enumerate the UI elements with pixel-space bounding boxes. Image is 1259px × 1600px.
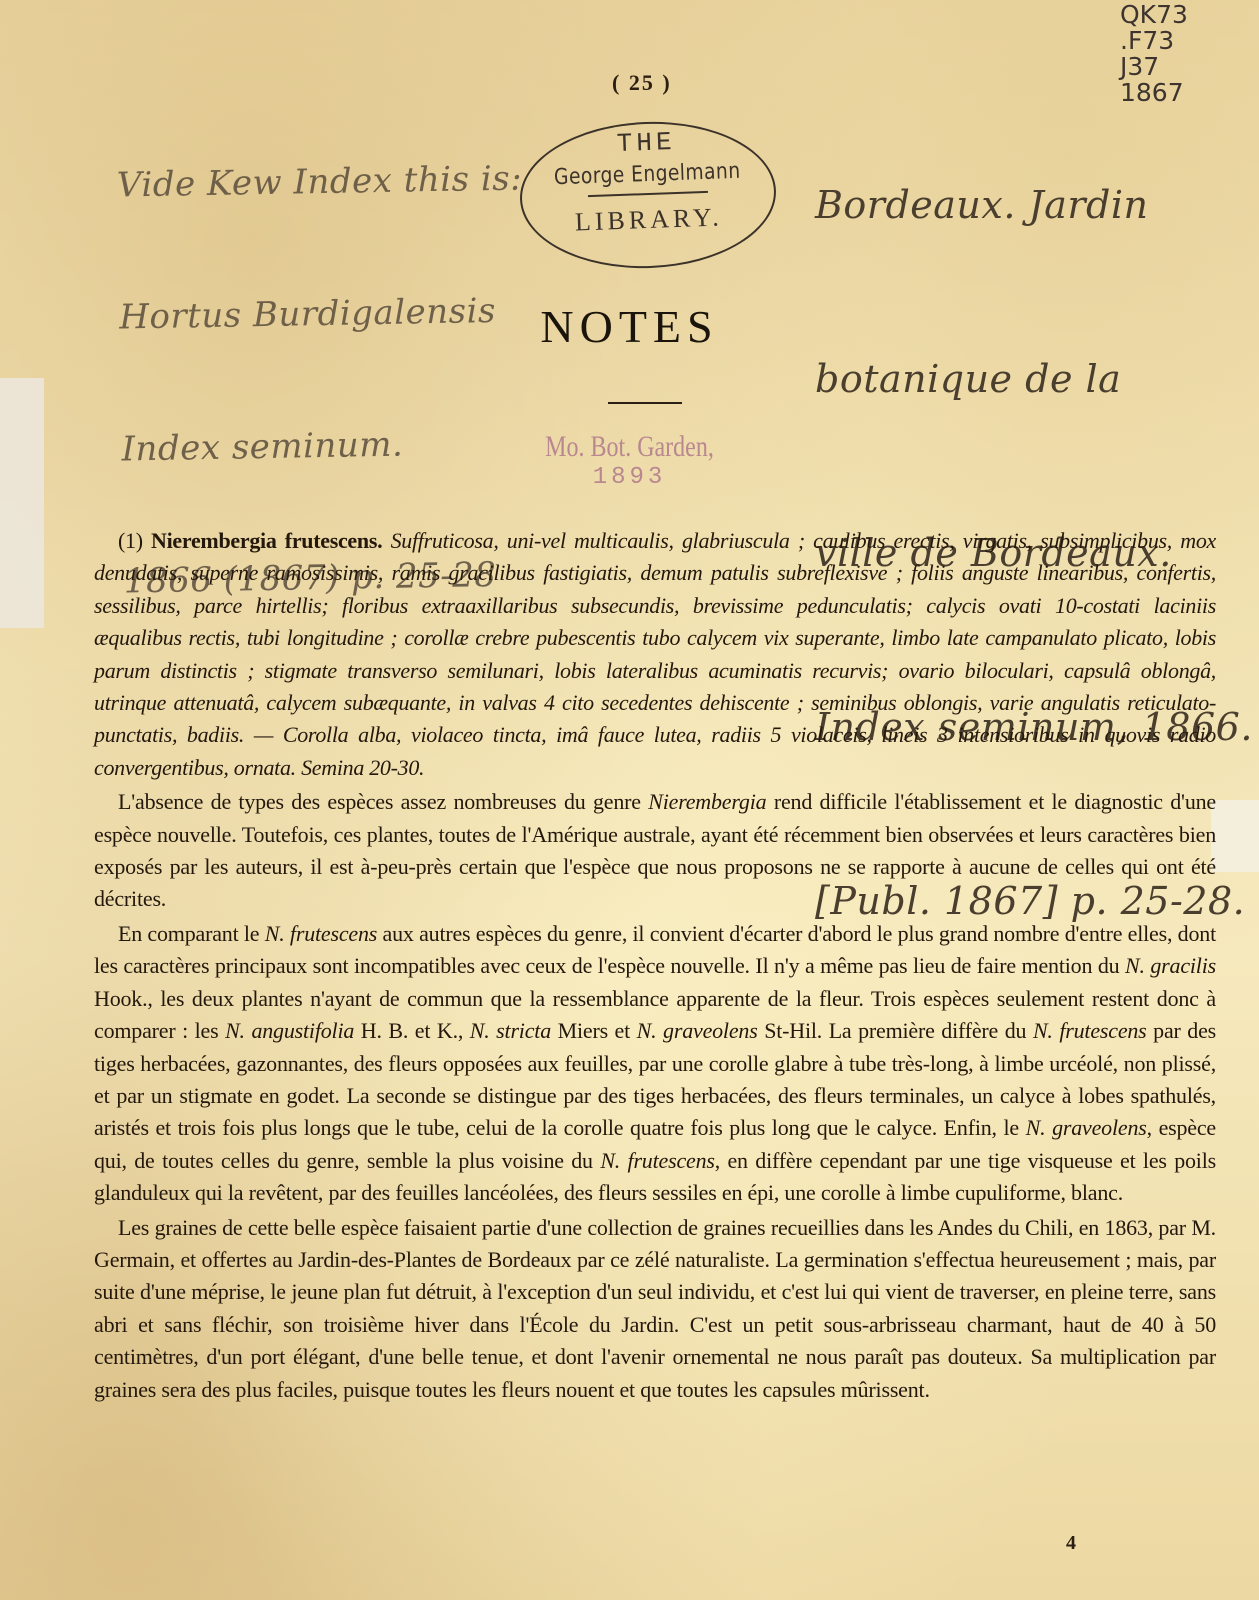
paragraph-text: L'absence de types des espèces assez nom… <box>118 789 648 814</box>
hand-right-line: Bordeaux. Jardin <box>815 176 1253 234</box>
left-margin-tape <box>0 378 44 628</box>
paragraph-text: Les graines de cette belle espèce faisai… <box>94 1215 1216 1402</box>
species-reference: N. frutescens <box>1033 1018 1147 1043</box>
paragraph: En comparant le N. frutescens aux autres… <box>94 918 1216 1210</box>
call-number-line: QK73 <box>1120 2 1188 28</box>
species-reference: N. graveolens <box>637 1018 758 1043</box>
garden-stamp-name: Mo. Bot. Garden, <box>126 430 1133 464</box>
page-number: ( 25 ) <box>612 70 672 96</box>
species-name: Nierembergia frutescens. <box>151 528 382 553</box>
species-reference: N. gracilis <box>1125 953 1216 978</box>
diagnosis-number: (1) <box>118 528 143 553</box>
hand-left-line: Vide Kew Index this is: <box>117 156 523 207</box>
hand-right-line: botanique de la <box>815 350 1253 408</box>
paragraph: Les graines de cette belle espèce faisai… <box>94 1212 1216 1406</box>
garden-stamp: Mo. Bot. Garden, 1893 <box>0 430 1259 491</box>
garden-stamp-year: 1893 <box>0 464 1259 491</box>
species-reference: N. frutescens <box>265 921 377 946</box>
article-body: (1) Nierembergia frutescens. Suffruticos… <box>94 525 1216 1406</box>
page-title: NOTES <box>0 300 1259 353</box>
diagnosis-text: Suffruticosa, uni-vel multicaulis, glabr… <box>94 528 1216 780</box>
paragraph-text: H. B. et K., <box>354 1018 470 1043</box>
stamp-line-library: LIBRARY. <box>522 201 775 240</box>
species-reference: Nierembergia <box>648 789 766 814</box>
species-reference: N. frutescens <box>600 1148 714 1173</box>
paragraph-text: En comparant le <box>118 921 265 946</box>
species-reference: N. angustifolia <box>225 1018 354 1043</box>
species-reference: N. stricta <box>470 1018 551 1043</box>
title-rule <box>608 402 682 404</box>
species-diagnosis: (1) Nierembergia frutescens. Suffruticos… <box>94 525 1216 784</box>
paragraph-text: Miers et <box>551 1018 637 1043</box>
stamp-flourish <box>588 191 708 197</box>
signature-mark: 4 <box>1066 1532 1076 1555</box>
stamp-line-name: George Engelmann <box>540 158 755 190</box>
paragraph-text: St-Hil. La première diffère du <box>758 1018 1033 1043</box>
paragraph: L'absence de types des espèces assez nom… <box>94 786 1216 916</box>
species-reference: N. graveolens <box>1026 1115 1147 1140</box>
call-number-line: .F73 <box>1120 28 1188 54</box>
